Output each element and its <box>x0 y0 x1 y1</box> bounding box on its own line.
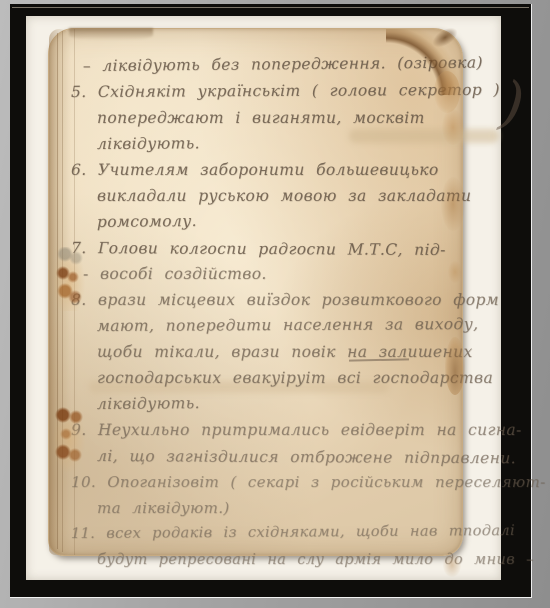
scanned-notebook-page-photo: – ліквідують без попередження. (озіровка… <box>0 0 550 608</box>
scan-backing-mat: – ліквідують без попередження. (озіровка… <box>26 16 501 580</box>
handwriting-line: та ліквідуют.) <box>97 495 462 521</box>
handwriting-line: ліквідують. <box>97 388 462 417</box>
edge-stain <box>442 109 464 145</box>
edge-stain <box>448 261 462 283</box>
edge-stain <box>445 337 465 395</box>
handwriting-line: 8. врази місцевих виїздок розвиткового ф… <box>71 287 462 313</box>
edge-stain <box>443 553 461 577</box>
handwriting-line: ліквідують. <box>97 128 462 157</box>
handwriting-line: мают, попередити населення за виходу, <box>97 311 462 339</box>
handwriting-line: 9. Неухильно притримались евідверіт на с… <box>71 417 462 443</box>
handwriting-line: лі, що загніздилися отброжене підправлен… <box>97 443 462 471</box>
handwriting-line: 10. Опоганізовіт ( секарі з російським п… <box>71 469 462 495</box>
notebook-page: – ліквідують без попередження. (озіровка… <box>48 28 463 556</box>
handwriting-line: 11. всех родаків із східняками, щоби нав… <box>71 518 462 547</box>
handwriting-line: 7. Голови колгоспи радгоспи М.Т.С, під- <box>71 235 462 263</box>
handwriting-line: господарських евакуіруіт всі господарств… <box>97 365 462 391</box>
handwriting-line: попереджают і виганяти, москвіт <box>97 105 462 131</box>
edge-stain <box>434 71 460 113</box>
staple-rust-marks <box>53 407 85 473</box>
handwriting-line: 6. Учителям заборонити большевицько <box>71 157 462 183</box>
edge-stain <box>441 177 465 231</box>
staple-rust-marks <box>53 247 85 311</box>
handwriting-line: ромсомолу. <box>97 205 462 235</box>
handwriting-block: – ліквідують без попередження. (озіровка… <box>71 53 462 573</box>
parenthesis-swash: ) <box>496 68 528 138</box>
handwriting-line: щоби тікали, врази повік на залишених <box>97 339 462 365</box>
handwriting-line: будут репресовані на слу армія мило до м… <box>97 547 462 573</box>
ink-smudge-top-left <box>69 28 153 40</box>
photo-frame: – ліквідують без попередження. (озіровка… <box>10 4 532 598</box>
handwriting-line: - вособі создійство. <box>83 261 462 287</box>
